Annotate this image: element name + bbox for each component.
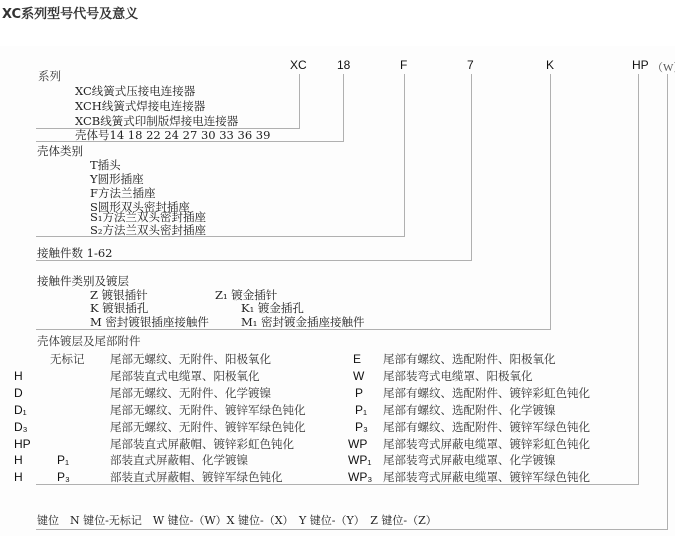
shell-type-item: S₂方法兰双头密封插座 [90, 223, 206, 237]
code-contacts: 7 [467, 58, 474, 72]
plating-desc: 尾部有螺纹、选配附件、化学镀镍 [383, 403, 556, 417]
code-keying: （W） [652, 59, 675, 75]
shell-type-item: T插头 [90, 158, 121, 172]
contact-type-item: M 密封镀银插座接触件 [90, 315, 209, 329]
plating-desc: 尾部装弯式电缆罩、阳极氧化 [383, 369, 533, 383]
plating-code: E [353, 352, 361, 366]
code-xc: XC [290, 58, 307, 72]
plating-desc: 尾部无螺纹、无附件、阳极氧化 [110, 352, 271, 366]
plating-sub: P₃ [57, 470, 70, 484]
contact-type-heading: 接触件类别及镀层 [37, 274, 129, 288]
plating-heading: 壳体镀层及尾部附件 [37, 334, 141, 348]
line-keying-horizontal [36, 529, 668, 530]
plating-code: D₁ [14, 403, 27, 417]
code-plating: HP [632, 58, 649, 72]
plating-sub: 无标记 [50, 352, 85, 366]
plating-desc: 部装直式屏蔽帽、化学镀镍 [110, 453, 248, 467]
plating-code: HP [14, 437, 31, 451]
plating-desc: 尾部无螺纹、无附件、镀锌军绿色钝化 [110, 420, 306, 434]
line-contacts-horizontal [36, 260, 472, 261]
shell-type-heading: 壳体类别 [37, 144, 83, 158]
line-size-vertical [343, 74, 344, 141]
plating-code: WP₁ [348, 453, 371, 467]
plating-code: W [353, 369, 364, 383]
plating-desc: 尾部有螺纹、选配附件、镀锌彩虹色钝化 [383, 386, 590, 400]
plating-code: P₃ [355, 420, 368, 434]
keying-label: 键位 N 键位-无标记 W 键位-（W）X 键位-（X） Y 键位-（Y） Z … [37, 514, 437, 528]
plating-code: P₁ [355, 403, 367, 417]
plating-desc: 尾部装直式屏蔽帽、镀锌彩虹色钝化 [110, 437, 294, 451]
plating-desc: 尾部无螺纹、无附件、化学镀镍 [110, 386, 271, 400]
series-item: XCH线簧式焊接电连接器 [75, 99, 205, 113]
shell-size-label: 壳体号14 18 22 24 27 30 33 36 39 [75, 128, 270, 142]
plating-code: D₃ [14, 420, 28, 434]
series-item: XC线簧式压接电连接器 [75, 84, 195, 98]
plating-desc: 尾部装直式电缆罩、阳极氧化 [110, 369, 260, 383]
shell-type-item: Y圆形插座 [90, 172, 144, 186]
contact-count-label: 接触件数 1-62 [37, 246, 113, 260]
plating-code: WP₃ [348, 470, 372, 484]
code-size: 18 [337, 58, 350, 72]
line-xc-vertical [299, 74, 300, 128]
plating-code: WP [348, 437, 367, 451]
line-keying-vertical [667, 74, 668, 529]
line-contacts-vertical [471, 74, 472, 260]
line-shell-vertical [404, 74, 405, 236]
shell-type-item: F方法兰插座 [90, 186, 155, 200]
contact-type-item: Z 镀银插针 [90, 288, 148, 302]
plating-desc: 部装直式屏蔽帽、镀锌军绿色钝化 [110, 470, 283, 484]
page-title: XC系列型号代号及意义 [2, 3, 138, 22]
contact-type-item: Z₁ 镀金插针 [215, 288, 277, 302]
series-heading: 系列 [38, 69, 61, 83]
plating-desc: 尾部装弯式屏蔽电缆罩、镀锌彩虹色钝化 [383, 437, 590, 451]
plating-desc: 尾部有螺纹、选配附件、镀锌军绿色钝化 [383, 420, 590, 434]
plating-code: P [355, 386, 363, 400]
plating-desc: 尾部有螺纹、选配附件、阳极氧化 [383, 352, 556, 366]
plating-desc: 尾部无螺纹、无附件、镀锌军绿色钝化 [110, 403, 306, 417]
plating-code: D [14, 386, 23, 400]
shell-type-item: S₁方法兰双头密封插座 [90, 210, 206, 224]
contact-type-item: M₁ 密封镀金插座接触件 [241, 315, 365, 329]
plating-code: H [14, 369, 23, 383]
plating-desc: 尾部装弯式屏蔽电缆罩、化学镀镍 [383, 453, 556, 467]
line-plating-horizontal [36, 484, 639, 485]
line-contact-type-horizontal [36, 329, 551, 330]
plating-code: H [14, 453, 23, 467]
plating-sub: P₁ [57, 453, 69, 467]
code-shell: F [400, 58, 407, 72]
line-plating-vertical [638, 74, 639, 484]
contact-type-item: K₁ 镀金插孔 [241, 301, 304, 315]
code-contact-type: K [546, 58, 554, 72]
line-contact-type-vertical [550, 74, 551, 329]
plating-code: H [14, 470, 23, 484]
series-item: XCB线簧式印制版焊接电连接器 [75, 114, 238, 128]
plating-desc: 尾部装弯式屏蔽电缆罩、镀锌军绿色钝化 [383, 470, 590, 484]
contact-type-item: K 镀银插孔 [90, 301, 148, 315]
